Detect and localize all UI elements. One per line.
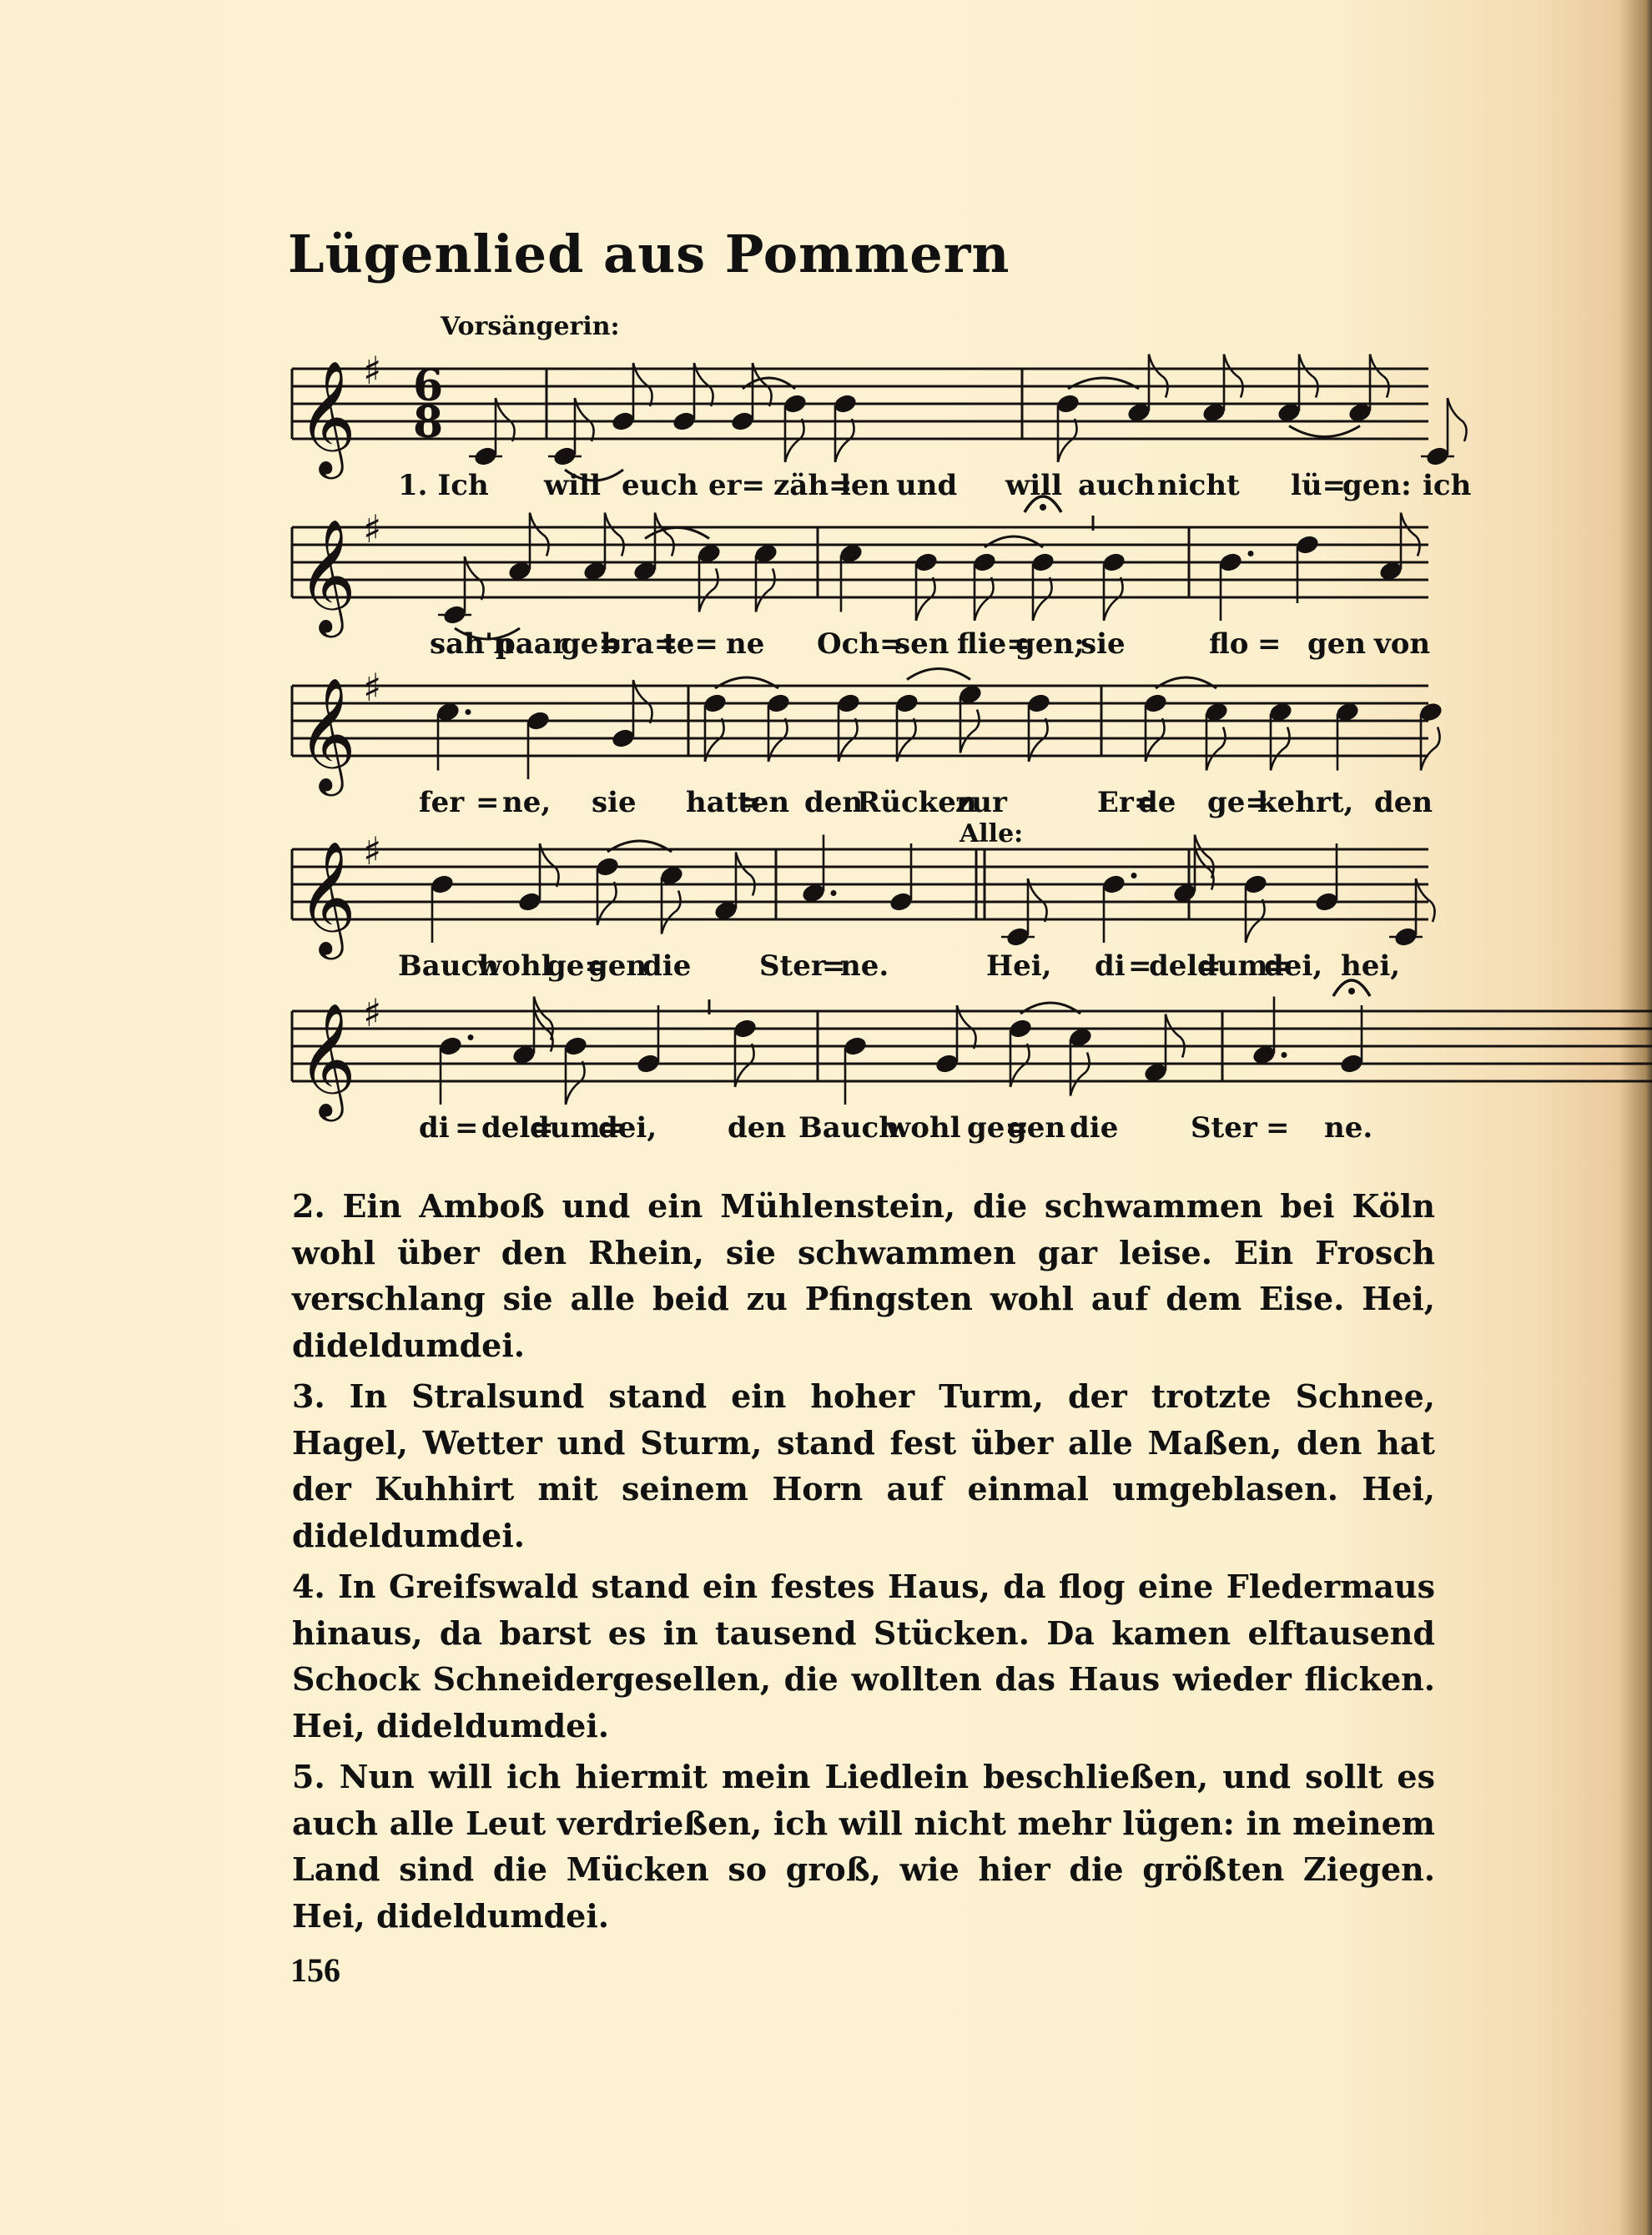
note [835, 692, 861, 762]
note [525, 709, 551, 779]
note [971, 551, 997, 621]
note [1067, 1026, 1093, 1096]
note [1025, 496, 1061, 621]
verse-text: In Greifswald stand ein festes Haus, da … [292, 1568, 1435, 1744]
lyric-syllable: den [728, 1111, 786, 1145]
lyric-syllable: = [455, 1111, 479, 1145]
sharp-key-signature-icon: ♯ [363, 828, 381, 873]
slur [1289, 426, 1360, 437]
treble-clef-icon: 𝄞 [298, 839, 356, 959]
note [713, 853, 754, 923]
note [765, 692, 791, 762]
lyrics-line-5: di=del=dum=dei,denBauchwohlge=gendieSter… [288, 1111, 1435, 1148]
note [1171, 835, 1213, 905]
lyric-syllable: ne. [1324, 1111, 1372, 1145]
lyric-syllable: gen [1007, 1111, 1065, 1145]
note [753, 542, 778, 612]
note [1313, 843, 1339, 914]
note [1393, 878, 1434, 949]
sharp-key-signature-icon: ♯ [363, 665, 381, 710]
note [1100, 551, 1126, 621]
verse-text: Nun will ich hiermit mein Liedlein besch… [292, 1758, 1435, 1935]
note [1251, 997, 1287, 1067]
note [800, 835, 836, 905]
page-number: 156 [290, 1951, 340, 1990]
lyric-syllable: die [1070, 1111, 1118, 1145]
note [1025, 692, 1051, 762]
note [1347, 355, 1388, 425]
verse-number: 4. [292, 1568, 325, 1605]
staff-4: 𝄞♯Bauchwohlge=gendieSter=ne.Hei,di=del=d… [288, 799, 1435, 966]
verses-block: 2. Ein Amboß und ein Mühlenstein, die sc… [292, 1183, 1435, 1944]
note [1201, 355, 1242, 425]
treble-clef-icon: 𝄞 [298, 676, 356, 796]
note [1142, 1014, 1184, 1085]
lyric-syllable: Bauch [798, 1111, 899, 1145]
song-title: Lügenlied aus Pommern [288, 224, 1010, 284]
note [1203, 701, 1229, 771]
sharp-key-signature-icon: ♯ [363, 990, 381, 1035]
note [632, 513, 673, 583]
lyric-syllable: = [1266, 1111, 1290, 1145]
note [894, 692, 919, 762]
verse-number: 2. [292, 1187, 325, 1225]
note [1005, 878, 1046, 949]
staff-3: 𝄞♯fer=ne,siehat=tendenRückenzurEr=dege=k… [288, 636, 1435, 803]
note [1242, 873, 1268, 943]
lyric-syllable: wohl [886, 1111, 961, 1145]
slur [907, 669, 970, 680]
note [441, 556, 483, 627]
lyric-syllable: di [419, 1111, 450, 1145]
sharp-key-signature-icon: ♯ [363, 506, 381, 551]
note [582, 513, 623, 583]
note [1418, 701, 1443, 771]
note [832, 392, 858, 462]
staff-5: 𝄞♯di=del=dum=dei,denBauchwohlge=gendieSt… [288, 961, 1435, 1128]
note [435, 701, 471, 771]
note [506, 513, 548, 583]
note [782, 392, 808, 462]
note [1142, 692, 1168, 762]
note [552, 398, 593, 468]
note [696, 542, 722, 612]
note [1424, 398, 1466, 468]
staff-1: 𝄞♯681. Ichwilleucher=zäh=lenundwillauchn… [288, 319, 1435, 486]
lyric-syllable: Ster [1191, 1111, 1257, 1145]
note [635, 1005, 661, 1075]
sharp-key-signature-icon: ♯ [363, 348, 381, 393]
note [1267, 701, 1293, 771]
note [702, 692, 728, 762]
note [1334, 701, 1360, 771]
note [888, 843, 914, 914]
treble-clef-icon: 𝄞 [298, 517, 356, 637]
verse-text: Ein Amboß und ein Mühlenstein, die schwa… [292, 1187, 1435, 1364]
note [732, 1017, 758, 1087]
note [658, 864, 684, 934]
note [1276, 355, 1317, 425]
note [1294, 533, 1320, 603]
note [913, 551, 939, 621]
note [1055, 392, 1080, 462]
verse-4: 4. In Greifswald stand ein festes Haus, … [292, 1563, 1435, 1749]
note [562, 1034, 588, 1105]
staff-2: 𝄞♯sah'npaarge=bra=te=neOch=senflie=gen;s… [288, 477, 1435, 644]
verse-3: 3. In Stralsund stand ein hoher Turm, de… [292, 1373, 1435, 1558]
verse-number: 3. [292, 1377, 325, 1415]
note [429, 873, 455, 943]
note [594, 855, 620, 925]
time-signature-denominator: 8 [413, 397, 443, 448]
note [957, 683, 983, 753]
treble-clef-icon: 𝄞 [298, 359, 356, 479]
note [1007, 1017, 1033, 1087]
note [511, 997, 552, 1067]
verse-text: In Stralsund stand ein hoher Turm, der t… [292, 1377, 1435, 1554]
note [1378, 513, 1419, 583]
verse-number: 5. [292, 1758, 325, 1795]
note [842, 1034, 868, 1105]
verse-2: 2. Ein Amboß und ein Mühlenstein, die sc… [292, 1183, 1435, 1368]
note [472, 398, 514, 468]
songbook-page: Lügenlied aus Pommern Vorsängerin: Alle:… [0, 0, 1652, 2235]
lyric-syllable: dei, [598, 1111, 657, 1145]
treble-clef-icon: 𝄞 [298, 1001, 356, 1121]
note [1126, 355, 1167, 425]
note [838, 542, 864, 612]
verse-5: 5. Nun will ich hiermit mein Liedlein be… [292, 1754, 1435, 1939]
